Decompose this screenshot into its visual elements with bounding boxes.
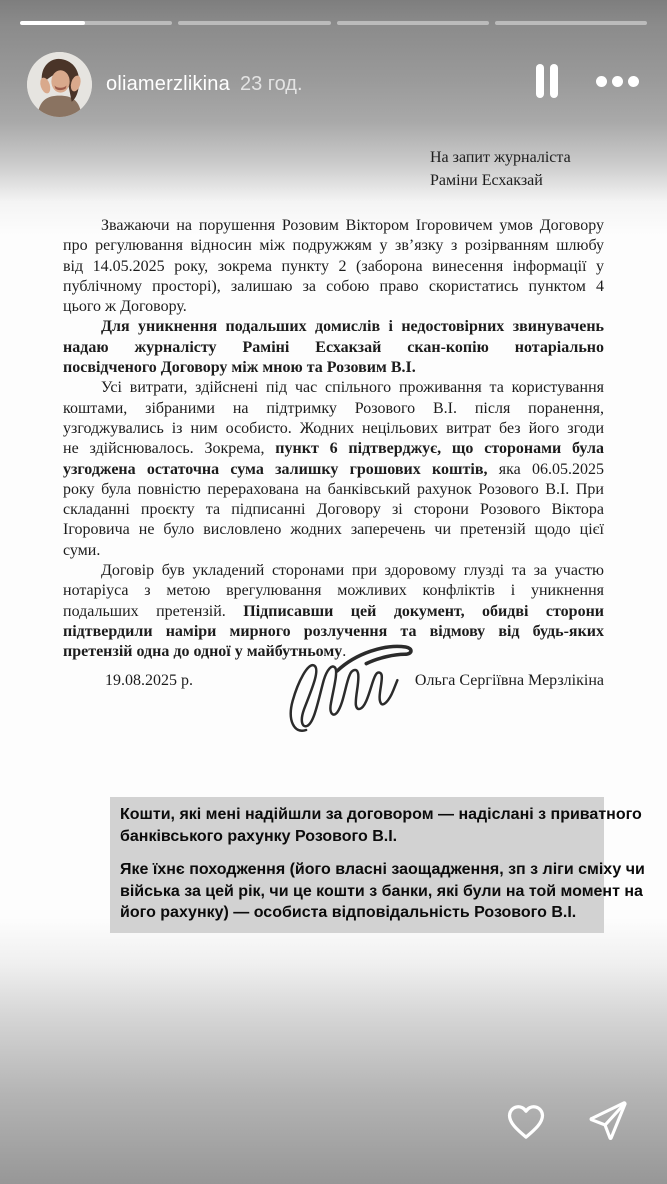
username[interactable]: oliamerzlikina — [106, 73, 230, 96]
document-line: узгоджена остаточна сума залишку грошови… — [63, 460, 604, 480]
document-line: публічному просторі), залишаю за собою п… — [63, 277, 604, 297]
caption-line: Яке їхнє походження (його власні заощадж… — [120, 859, 594, 881]
more-options-icon[interactable] — [596, 76, 639, 87]
progress-segment[interactable] — [337, 21, 489, 25]
signature-name: Ольга Сергіївна Мерзлікіна — [415, 672, 604, 690]
document-line: посвідченого Договору між мною та Розови… — [63, 358, 604, 378]
progress-fill — [20, 21, 85, 25]
document-line: надаю журналісту Раміні Есхакзай скан-ко… — [63, 338, 604, 358]
handwritten-signature — [275, 638, 415, 743]
recipient-line: Раміни Есхакзай — [430, 169, 571, 192]
avatar-photo — [27, 52, 92, 117]
story-progress — [20, 21, 647, 25]
document-line: про регулювання відносин між подружжям у… — [63, 236, 604, 256]
document-line: складанні проєкту та підписанні Договору… — [63, 500, 604, 520]
recipient-line: На запит журналіста — [430, 146, 571, 169]
story-controls — [536, 64, 639, 98]
progress-segment[interactable] — [20, 21, 172, 25]
document-line: суми. — [63, 541, 604, 561]
document-line: Ігоровича не було висловлено жодних запе… — [63, 520, 604, 540]
document-line: Договір був укладений сторонами при здор… — [63, 561, 604, 581]
caption-box: Кошти, які мені надійшли за договором — … — [110, 797, 604, 933]
document-recipient: На запит журналістаРаміни Есхакзай — [430, 146, 571, 192]
document-line: Для уникнення подальших домислів і недос… — [63, 317, 604, 337]
document-line: Зважаючи на порушення Розовим Віктором І… — [63, 216, 604, 236]
document-line: нотаріуса з метою врегулювання можливих … — [63, 581, 604, 601]
story-actions — [503, 1098, 631, 1144]
caption-line: його рахунку) — особиста відповідальніст… — [120, 902, 594, 924]
document-line: року була повністю перерахована на банкі… — [63, 480, 604, 500]
document-line: коштами, зібраними на підтримку Розового… — [63, 399, 604, 419]
document-line: подальших претензій. Підписавши цей доку… — [63, 602, 604, 622]
story-header: oliamerzlikina 23 год. — [27, 51, 303, 117]
story-timestamp: 23 год. — [240, 73, 303, 96]
signature-date: 19.08.2025 р. — [105, 672, 193, 690]
caption-line: Кошти, які мені надійшли за договором — … — [120, 804, 594, 826]
document-line: Усі витрати, здійснені під час спільного… — [63, 378, 604, 398]
caption-line: банківського рахунку Розового В.І. — [120, 826, 594, 848]
instagram-story-viewer: oliamerzlikina 23 год. На запит журналіс… — [0, 0, 667, 1184]
document-body: Зважаючи на порушення Розовим Віктором І… — [63, 216, 604, 663]
caption-line: війська за цей рік, чи це кошти з банки,… — [120, 881, 594, 903]
caption-paragraph: Яке їхнє походження (його власні заощадж… — [120, 859, 594, 924]
progress-segment[interactable] — [495, 21, 647, 25]
share-icon[interactable] — [585, 1098, 631, 1144]
signature-row: 19.08.2025 р. Ольга Сергіївна Мерзлікіна — [63, 650, 604, 745]
avatar[interactable] — [27, 52, 92, 117]
pause-icon[interactable] — [536, 64, 558, 98]
document-line: не здійснювалось. Зокрема, пункт 6 підтв… — [63, 439, 604, 459]
heart-icon[interactable] — [503, 1098, 549, 1144]
document-line: узгоджувались із ним особисто. Жодних не… — [63, 419, 604, 439]
document-line: цього ж Договору. — [63, 297, 604, 317]
caption-paragraph: Кошти, які мені надійшли за договором — … — [120, 804, 594, 847]
progress-segment[interactable] — [178, 21, 330, 25]
document-line: від 14.05.2025 року, зокрема пункту 2 (з… — [63, 257, 604, 277]
